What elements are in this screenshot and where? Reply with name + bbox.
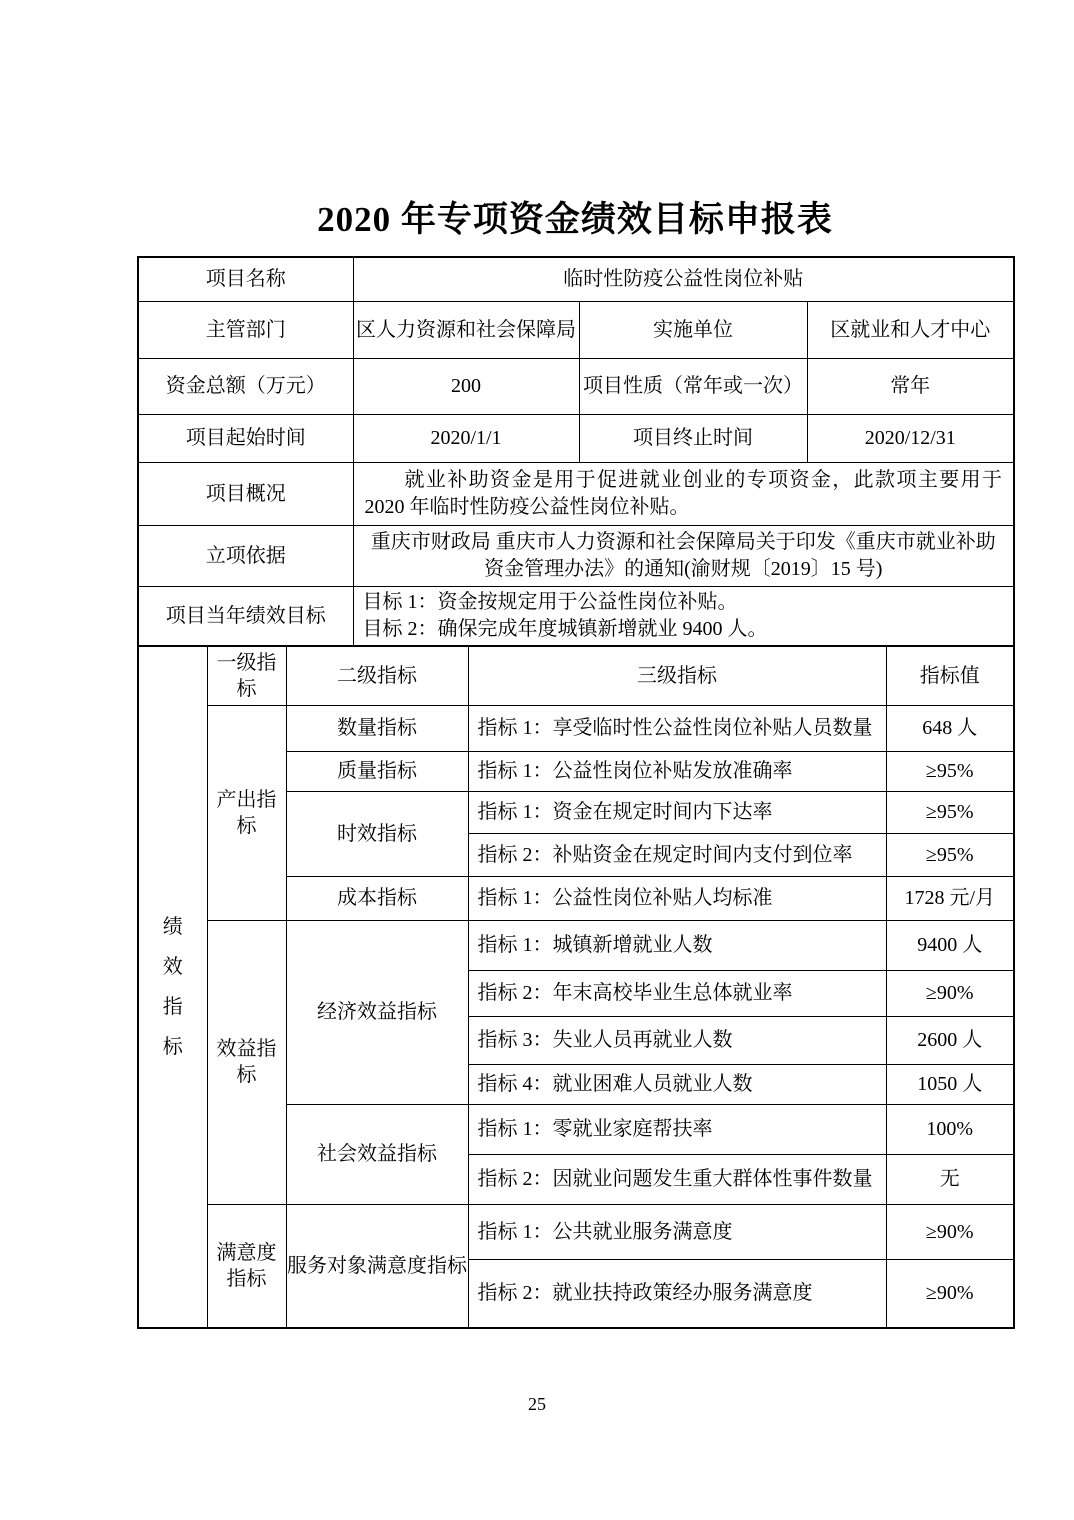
indicator-row: 效益指标 经济效益指标 指标 1：城镇新增就业人数 9400 人 xyxy=(138,920,1014,970)
level2-quantity: 数量指标 xyxy=(286,705,468,751)
indicator-row: 产出指标 数量指标 指标 1：享受临时性公益性岗位补贴人员数量 648 人 xyxy=(138,705,1014,751)
indicator-value-cell: ≥95% xyxy=(886,791,1014,833)
impl-unit-value: 区就业和人才中心 xyxy=(807,301,1014,358)
overview-value: 就业补助资金是用于促进就业创业的专项资金，此款项主要用于 2020 年临时性防疫… xyxy=(353,462,1014,525)
level2-quality: 质量指标 xyxy=(286,751,468,791)
annual-goals-label: 项目当年绩效目标 xyxy=(138,586,353,646)
indicator-value-cell: 2600 人 xyxy=(886,1016,1014,1064)
indicator-l3-cell: 指标 1：公益性岗位补贴发放准确率 xyxy=(468,751,886,791)
indicator-value-cell: ≥90% xyxy=(886,970,1014,1016)
overview-text: 就业补助资金是用于促进就业创业的专项资金，此款项主要用于 2020 年临时性防疫… xyxy=(365,467,1003,521)
header-level2: 二级指标 xyxy=(286,646,468,705)
nature-value: 常年 xyxy=(807,358,1014,414)
indicator-value-cell: 9400 人 xyxy=(886,920,1014,970)
header-value: 指标值 xyxy=(886,646,1014,705)
row-project-name: 项目名称 临时性防疫公益性岗位补贴 xyxy=(138,257,1014,301)
side-label-performance-indicators: 绩效指标 xyxy=(162,907,184,1067)
indicator-l3-cell: 指标 1：资金在规定时间内下达率 xyxy=(468,791,886,833)
level1-benefit: 效益指标 xyxy=(207,920,286,1204)
project-name-value: 临时性防疫公益性岗位补贴 xyxy=(353,257,1014,301)
level2-timeliness: 时效指标 xyxy=(286,791,468,876)
indicator-l3-cell: 指标 1：零就业家庭帮扶率 xyxy=(468,1104,886,1154)
goal-line-1: 目标 1：资金按规定用于公益性岗位补贴。 xyxy=(363,589,1005,616)
document-page: 2020 年专项资金绩效目标申报表 项目名称 临时性防疫公益性岗位补贴 主管部门… xyxy=(0,0,1074,1520)
row-fund: 资金总额（万元） 200 项目性质（常年或一次） 常年 xyxy=(138,358,1014,414)
indicator-l3-cell: 指标 1：享受临时性公益性岗位补贴人员数量 xyxy=(468,705,886,751)
level1-satisfaction: 满意度指标 xyxy=(207,1204,286,1328)
goal-line-2: 目标 2：确保完成年度城镇新增就业 9400 人。 xyxy=(363,616,1005,643)
impl-unit-label: 实施单位 xyxy=(579,301,807,358)
nature-label: 项目性质（常年或一次） xyxy=(579,358,807,414)
level1-output: 产出指标 xyxy=(207,705,286,920)
level2-economic: 经济效益指标 xyxy=(286,920,468,1104)
end-time-label: 项目终止时间 xyxy=(579,414,807,462)
indicator-l3-cell: 指标 4：就业困难人员就业人数 xyxy=(468,1064,886,1104)
indicator-l3-cell: 指标 1：公益性岗位补贴人均标准 xyxy=(468,876,886,920)
indicator-value-cell: 1728 元/月 xyxy=(886,876,1014,920)
dept-label: 主管部门 xyxy=(138,301,353,358)
basis-value: 重庆市财政局 重庆市人力资源和社会保障局关于印发《重庆市就业补助资金管理办法》的… xyxy=(353,525,1014,586)
overview-label: 项目概况 xyxy=(138,462,353,525)
indicator-value-cell: 无 xyxy=(886,1154,1014,1204)
indicator-value-cell: 648 人 xyxy=(886,705,1014,751)
indicator-l3-cell: 指标 2：因就业问题发生重大群体性事件数量 xyxy=(468,1154,886,1204)
start-time-value: 2020/1/1 xyxy=(353,414,579,462)
project-name-label: 项目名称 xyxy=(138,257,353,301)
basis-label: 立项依据 xyxy=(138,525,353,586)
indicator-l3-cell: 指标 2：补贴资金在规定时间内支付到位率 xyxy=(468,833,886,876)
dept-value: 区人力资源和社会保障局 xyxy=(353,301,579,358)
total-fund-value: 200 xyxy=(353,358,579,414)
header-level3: 三级指标 xyxy=(468,646,886,705)
indicator-table: 绩效指标 一级指标 二级指标 三级指标 指标值 产出指标 数量指标 指标 1：享… xyxy=(137,645,1015,1329)
indicator-header-row: 绩效指标 一级指标 二级指标 三级指标 指标值 xyxy=(138,646,1014,705)
indicator-l3-cell: 指标 2：年末高校毕业生总体就业率 xyxy=(468,970,886,1016)
level2-cost: 成本指标 xyxy=(286,876,468,920)
indicator-value-cell: ≥95% xyxy=(886,833,1014,876)
indicator-row: 满意度指标 服务对象满意度指标 指标 1：公共就业服务满意度 ≥90% xyxy=(138,1204,1014,1259)
side-label-cell: 绩效指标 xyxy=(138,646,207,1328)
start-time-label: 项目起始时间 xyxy=(138,414,353,462)
indicator-value-cell: ≥95% xyxy=(886,751,1014,791)
end-time-value: 2020/12/31 xyxy=(807,414,1014,462)
row-annual-goals: 项目当年绩效目标 目标 1：资金按规定用于公益性岗位补贴。 目标 2：确保完成年… xyxy=(138,586,1014,646)
page-number: 25 xyxy=(0,1394,1074,1415)
annual-goals-value: 目标 1：资金按规定用于公益性岗位补贴。 目标 2：确保完成年度城镇新增就业 9… xyxy=(353,586,1014,646)
row-basis: 立项依据 重庆市财政局 重庆市人力资源和社会保障局关于印发《重庆市就业补助资金管… xyxy=(138,525,1014,586)
indicator-l3-cell: 指标 1：城镇新增就业人数 xyxy=(468,920,886,970)
level2-service-satisfaction: 服务对象满意度指标 xyxy=(286,1204,468,1328)
page-title: 2020 年专项资金绩效目标申报表 xyxy=(137,192,1013,242)
indicator-value-cell: ≥90% xyxy=(886,1204,1014,1259)
header-level1: 一级指标 xyxy=(207,646,286,705)
indicator-value-cell: 100% xyxy=(886,1104,1014,1154)
indicator-l3-cell: 指标 3：失业人员再就业人数 xyxy=(468,1016,886,1064)
row-overview: 项目概况 就业补助资金是用于促进就业创业的专项资金，此款项主要用于 2020 年… xyxy=(138,462,1014,525)
row-time: 项目起始时间 2020/1/1 项目终止时间 2020/12/31 xyxy=(138,414,1014,462)
total-fund-label: 资金总额（万元） xyxy=(138,358,353,414)
indicator-value-cell: ≥90% xyxy=(886,1259,1014,1328)
indicator-l3-cell: 指标 2：就业扶持政策经办服务满意度 xyxy=(468,1259,886,1328)
level2-social: 社会效益指标 xyxy=(286,1104,468,1204)
indicator-value-cell: 1050 人 xyxy=(886,1064,1014,1104)
row-dept: 主管部门 区人力资源和社会保障局 实施单位 区就业和人才中心 xyxy=(138,301,1014,358)
project-info-table: 项目名称 临时性防疫公益性岗位补贴 主管部门 区人力资源和社会保障局 实施单位 … xyxy=(137,256,1015,647)
indicator-l3-cell: 指标 1：公共就业服务满意度 xyxy=(468,1204,886,1259)
